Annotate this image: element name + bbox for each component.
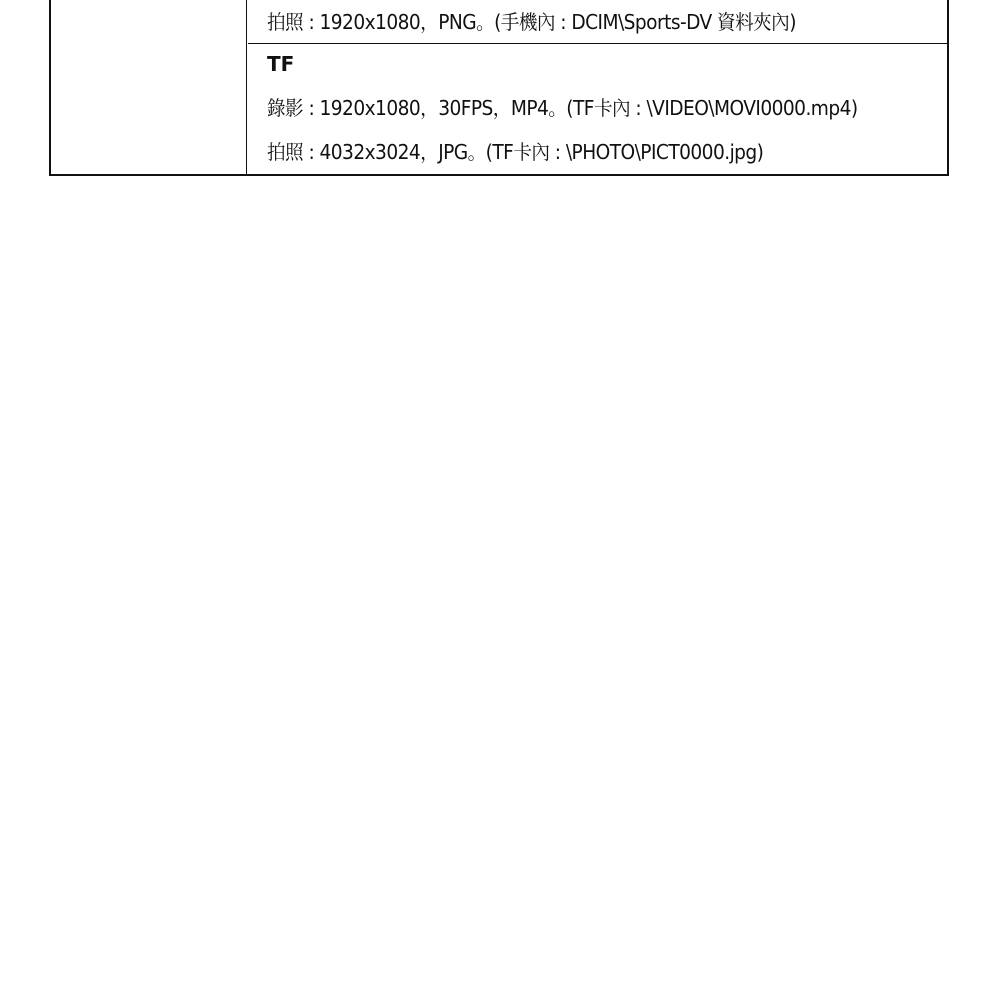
table-label-cell [51,0,247,174]
tf-photo-spec: 拍照 : 4032x3024，JPG。(TF卡內 : \PHOTO\PICT00… [267,140,763,164]
tf-video-spec: 錄影 : 1920x1080，30FPS，MP4。(TF卡內 : \VIDEO\… [267,96,858,120]
phone-photo-spec: 拍照 : 1920x1080，PNG。(手機內 : DCIM\Sports-DV… [267,10,796,34]
spec-table: 拍照 : 1920x1080，PNG。(手機內 : DCIM\Sports-DV… [49,0,949,176]
tf-storage-cell: TF 錄影 : 1920x1080，30FPS，MP4。(TF卡內 : \VID… [248,44,947,174]
table-content-column: 拍照 : 1920x1080，PNG。(手機內 : DCIM\Sports-DV… [248,0,947,174]
document-page: 拍照 : 1920x1080，PNG。(手機內 : DCIM\Sports-DV… [0,0,1000,1000]
phone-storage-cell: 拍照 : 1920x1080，PNG。(手機內 : DCIM\Sports-DV… [248,0,947,44]
tf-heading: TF [267,52,294,76]
